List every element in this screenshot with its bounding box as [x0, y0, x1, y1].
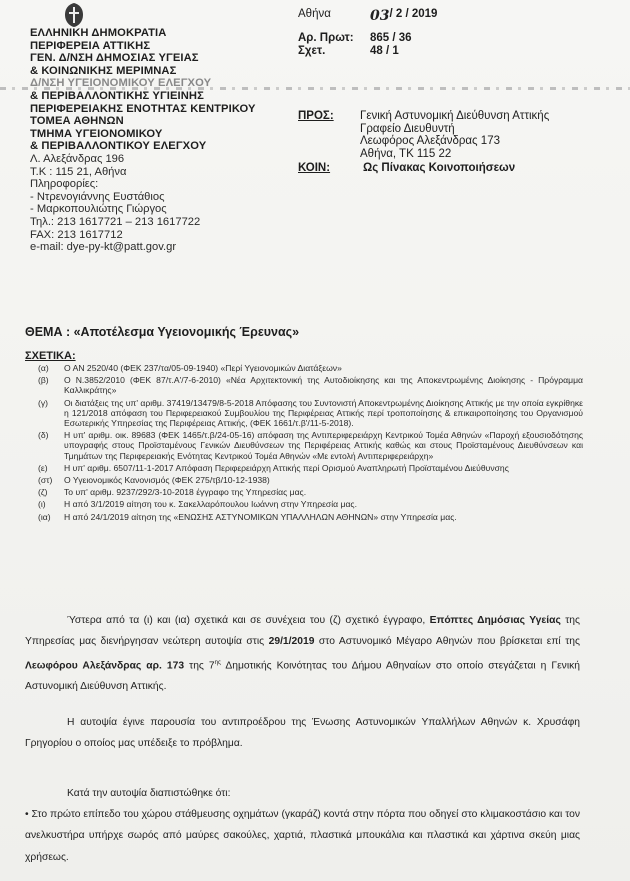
reference-text: Ο Υγειονομικός Κανονισμός (ΦΕΚ 275/τβ/10… [64, 475, 583, 485]
sender-fax: FAX: 213 1617712 [30, 229, 256, 242]
protocol-label: Αρ. Πρωτ: [298, 32, 370, 44]
sender-phone: Τηλ.: 213 1617721 – 213 1617722 [30, 216, 256, 229]
inspection-address: Λεωφόρου Αλεξάνδρας αρ. 173 [25, 660, 184, 671]
subject-line: ΘΕΜΑ : «Αποτέλεσμα Υγειονομικής Έρευνας» [25, 325, 299, 339]
body-paragraph-inspection: Ύστερα από τα (ι) και (ια) σχετικά και σ… [25, 610, 580, 698]
paragraph-text: στο Αστυνομικό Μέγαρο Αθηνών που βρίσκετ… [314, 636, 580, 647]
reference-text: Ο ΑΝ 2520/40 (ΦΕΚ 237/τα/05-09-1940) «Πε… [64, 363, 583, 373]
recipient-line: Αθήνα, ΤΚ 115 22 [360, 148, 549, 161]
sender-header-line: ΠΕΡΙΦΕΡΕΙΑΚΗΣ ΕΝΟΤΗΤΑΣ ΚΕΝΤΡΙΚΟΥ [30, 103, 256, 116]
reference-mark: (στ) [38, 475, 64, 485]
reference-item: (ι)Η από 3/1/2019 αίτηση του κ. Σακελλαρ… [38, 499, 583, 509]
protocol-value: 865 / 36 [370, 32, 412, 44]
related-value: 48 / 1 [370, 45, 399, 57]
reference-item: (ε)Η υπ' αριθμ. 6507/11-1-2017 Απόφαση Π… [38, 463, 583, 473]
finding-bullet: • Στο πρώτο επίπεδο του χώρου στάθμευσης… [25, 804, 580, 868]
sender-header-line: & ΠΕΡΙΒΑΛΛΟΝΤΙΚΟΥ ΕΛΕΓΧΟΥ [30, 140, 256, 153]
references-list: (α)Ο ΑΝ 2520/40 (ΦΕΚ 237/τα/05-09-1940) … [38, 363, 583, 524]
sender-header-line: ΕΛΛΗΝΙΚΗ ΔΗΜΟΚΡΑΤΙΑ [30, 27, 256, 40]
reference-mark: (ε) [38, 463, 64, 473]
related-label: Σχετ. [298, 45, 370, 57]
references-title: ΣΧΕΤΙΚΑ: [25, 350, 76, 362]
related-row: Σχετ. 48 / 1 [298, 45, 399, 57]
reference-item: (α)Ο ΑΝ 2520/40 (ΦΕΚ 237/τα/05-09-1940) … [38, 363, 583, 373]
sender-address-line: - Ντρενογιάννης Ευστάθιος [30, 191, 256, 204]
reference-mark: (γ) [38, 398, 64, 429]
scan-artifact-line [0, 87, 630, 90]
reference-item: (γ)Οι διατάξεις της υπ' αριθμ. 37419/134… [38, 398, 583, 429]
reference-mark: (α) [38, 363, 64, 373]
sender-header-line: ΤΟΜΕΑ ΑΘΗΝΩΝ [30, 115, 256, 128]
recipient-line: Λεωφόρος Αλεξάνδρας 173 [360, 135, 549, 148]
reference-text: Η από 3/1/2019 αίτηση του κ. Σακελλαρόπο… [64, 499, 583, 509]
sender-address-line: Πληροφορίες: [30, 178, 256, 191]
sender-block: ΕΛΛΗΝΙΚΗ ΔΗΜΟΚΡΑΤΙΑ ΠΕΡΙΦΕΡΕΙΑ ΑΤΤΙΚΗΣ Γ… [30, 27, 256, 254]
date-rest: / 2 / 2019 [389, 8, 437, 24]
reference-text: Οι διατάξεις της υπ' αριθμ. 37419/13479/… [64, 398, 583, 429]
sender-address-line: Λ. Αλεξάνδρας 196 [30, 153, 256, 166]
reference-mark: (ια) [38, 512, 64, 522]
coat-of-arms-icon [62, 2, 86, 28]
sender-header-line: ΠΕΡΙΦΕΡΕΙΑ ΑΤΤΙΚΗΣ [30, 40, 256, 53]
sender-header-line: ΓΕΝ. Δ/ΝΣΗ ΔΗΜΟΣΙΑΣ ΥΓΕΙΑΣ [30, 52, 256, 65]
reference-text: Η υπ' αριθμ. 6507/11-1-2017 Απόφαση Περι… [64, 463, 583, 473]
reference-item: (β)Ο Ν.3852/2010 (ΦΕΚ 87/τ.Α'/7-6-2010) … [38, 375, 583, 395]
body-paragraph-findings-intro: Κατά την αυτοψία διαπιστώθηκε ότι: [25, 783, 580, 804]
reference-mark: (ζ) [38, 487, 64, 497]
sender-header-line: ΤΜΗΜΑ ΥΓΕΙΟΝΟΜΙΚΟΥ [30, 128, 256, 141]
reference-item: (δ)Η υπ' αριθμ. οικ. 89683 (ΦΕΚ 1465/τ.β… [38, 430, 583, 461]
reference-text: Η υπ' αριθμ. οικ. 89683 (ΦΕΚ 1465/τ.β/24… [64, 430, 583, 461]
city-label: Αθήνα [298, 8, 370, 24]
recipient-label: ΠΡΟΣ: [298, 110, 334, 122]
reference-text: Η από 24/1/2019 αίτηση της «ΕΝΩΣΗΣ ΑΣΤΥΝ… [64, 512, 583, 522]
paragraph-text: της 7 [184, 660, 215, 671]
reference-mark: (δ) [38, 430, 64, 461]
date-day: 03 [370, 8, 389, 24]
cc-label: ΚΟΙΝ: [298, 162, 330, 174]
reference-text: Το υπ' αριθμ. 9237/292/3-10-2018 έγγραφο… [64, 487, 583, 497]
reference-mark: (β) [38, 375, 64, 395]
sender-header-line: & ΚΟΙΝΩΝΙΚΗΣ ΜΕΡΙΜΝΑΣ [30, 65, 256, 78]
protocol-row: Αρ. Πρωτ: 865 / 36 [298, 32, 412, 44]
reference-item: (ζ)Το υπ' αριθμ. 9237/292/3-10-2018 έγγρ… [38, 487, 583, 497]
sender-email: e-mail: dye-py-kt@patt.gov.gr [30, 241, 256, 254]
sender-address-line: - Μαρκοπουλιώτης Γιώργος [30, 203, 256, 216]
cc-value: Ως Πίνακας Κοινοποιήσεων [363, 162, 515, 174]
paragraph-text: Ύστερα από τα (ι) και (ια) σχετικά και σ… [67, 615, 430, 626]
document-page: ΕΛΛΗΝΙΚΗ ΔΗΜΟΚΡΑΤΙΑ ΠΕΡΙΦΕΡΕΙΑ ΑΤΤΙΚΗΣ Γ… [0, 0, 630, 881]
recipient-line: Γενική Αστυνομική Διεύθυνση Αττικής [360, 110, 549, 123]
reference-item: (ια)Η από 24/1/2019 αίτηση της «ΕΝΩΣΗΣ Α… [38, 512, 583, 522]
date-row: Αθήνα 03 / 2 / 2019 [298, 8, 437, 24]
reference-text: Ο Ν.3852/2010 (ΦΕΚ 87/τ.Α'/7-6-2010) «Νέ… [64, 375, 583, 395]
sender-address-line: Τ.Κ : 115 21, Αθήνα [30, 166, 256, 179]
inspection-date: 29/1/2019 [269, 636, 315, 647]
reference-mark: (ι) [38, 499, 64, 509]
body-paragraph-presence: Η αυτοψία έγινε παρουσία του αντιπροέδρο… [25, 712, 580, 755]
paragraph-bold-text: Επόπτες Δημόσιας Υγείας [430, 615, 561, 626]
recipient-line: Γραφείο Διευθυντή [360, 123, 549, 136]
reference-item: (στ)Ο Υγειονομικός Κανονισμός (ΦΕΚ 275/τ… [38, 475, 583, 485]
sender-header-line: & ΠΕΡΙΒΑΛΛΟΝΤΙΚΗΣ ΥΓΙΕΙΝΗΣ [30, 90, 256, 103]
